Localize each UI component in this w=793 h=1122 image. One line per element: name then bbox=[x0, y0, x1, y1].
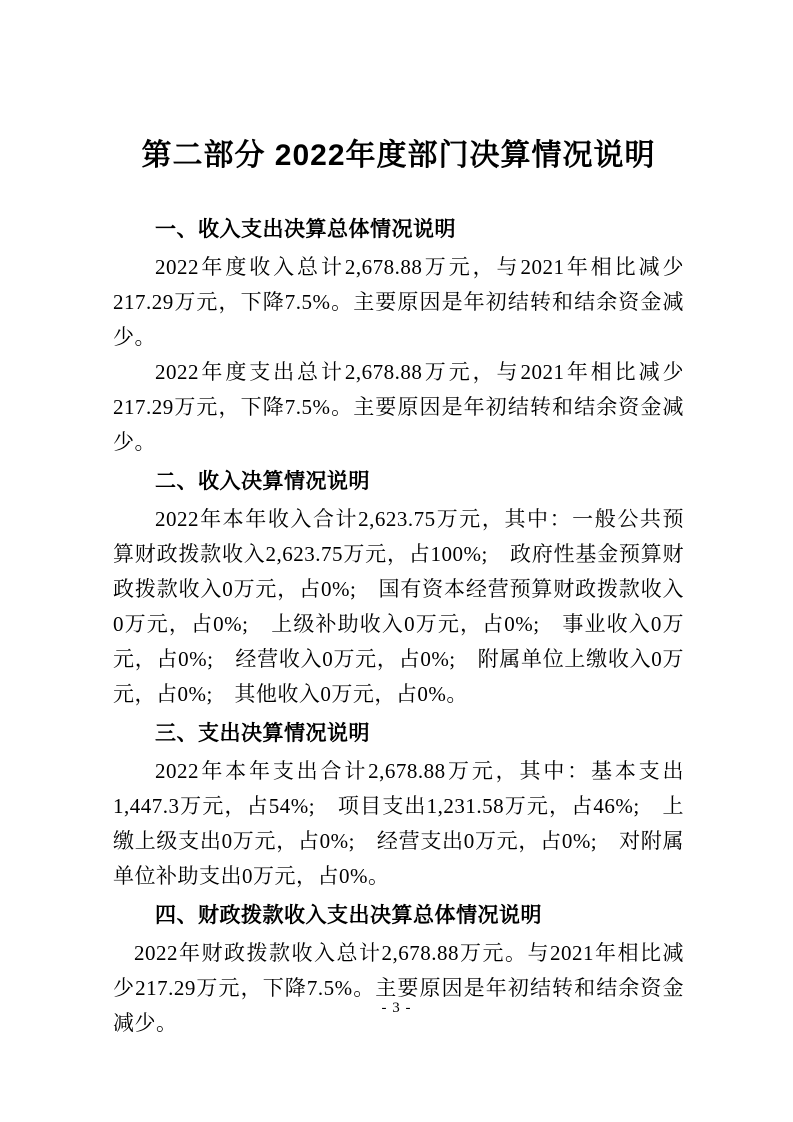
section-fiscal-appropriation-overview: 四、财政拨款收入支出决算总体情况说明 2022年财政拨款收入总计2,678.88… bbox=[113, 898, 684, 1041]
section-income-details: 二、收入决算情况说明 2022年本年收入合计2,623.75万元，其中：一般公共… bbox=[113, 464, 684, 712]
section-heading-2: 二、收入决算情况说明 bbox=[113, 464, 684, 499]
section-income-expenditure-overview: 一、收入支出决算总体情况说明 2022年度收入总计2,678.88万元，与202… bbox=[113, 212, 684, 460]
paragraph-fiscal-appropriation: 2022年财政拨款收入总计2,678.88万元。与2021年相比减少217.29… bbox=[113, 936, 684, 1041]
page-number: - 3 - bbox=[0, 1000, 793, 1017]
paragraph-expenditure-breakdown: 2022年本年支出合计2,678.88万元，其中：基本支出1,447.3万元，占… bbox=[113, 754, 684, 894]
paragraph-expenditure-total: 2022年度支出总计2,678.88万元，与2021年相比减少217.29万元，… bbox=[113, 355, 684, 460]
section-heading-4: 四、财政拨款收入支出决算总体情况说明 bbox=[113, 898, 684, 933]
page-title: 第二部分 2022年度部门决算情况说明 bbox=[113, 138, 684, 174]
paragraph-income-breakdown: 2022年本年收入合计2,623.75万元，其中：一般公共预算财政拨款收入2,6… bbox=[113, 502, 684, 712]
paragraph-income-total: 2022年度收入总计2,678.88万元，与2021年相比减少217.29万元，… bbox=[113, 250, 684, 355]
document-page: 第二部分 2022年度部门决算情况说明 一、收入支出决算总体情况说明 2022年… bbox=[0, 0, 793, 1122]
section-expenditure-details: 三、支出决算情况说明 2022年本年支出合计2,678.88万元，其中：基本支出… bbox=[113, 716, 684, 894]
section-heading-3: 三、支出决算情况说明 bbox=[113, 716, 684, 751]
section-heading-1: 一、收入支出决算总体情况说明 bbox=[113, 212, 684, 247]
